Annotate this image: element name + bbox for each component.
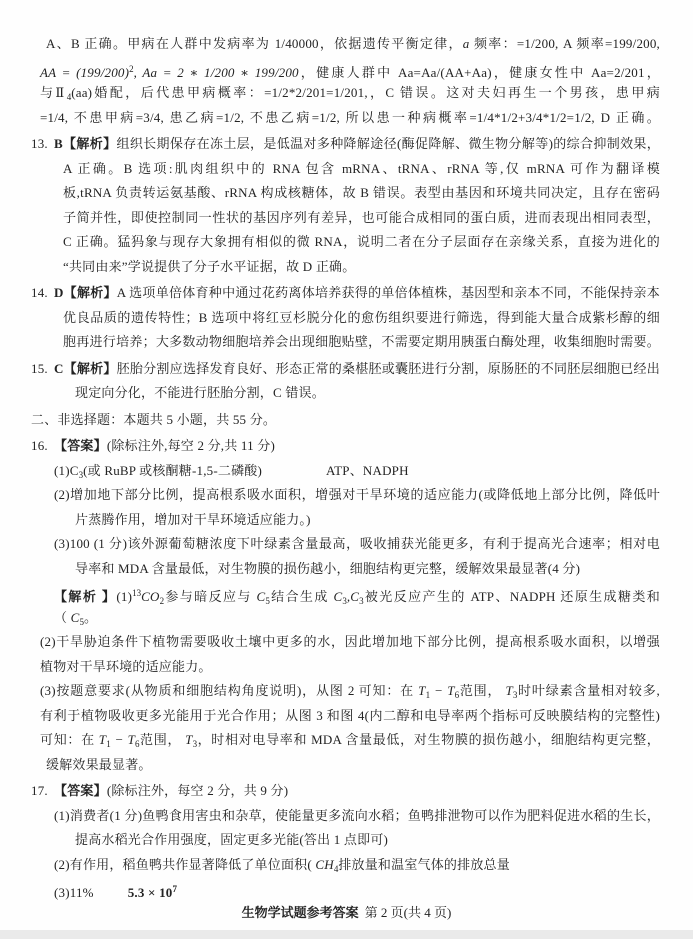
text-run: (2)干旱胁迫条件下植物需要吸收土壤中更多的水，因此增加地下部分比例，提高根系吸… [40, 634, 660, 649]
text-run: , Aa = 2 ∗ 1/200 ∗ 199/200 [134, 65, 299, 80]
item-number: 14. [31, 281, 54, 306]
text-run: (3)11% [54, 885, 94, 900]
text-run: (3)按题意要求(从物质和细胞结构角度说明)，从图 2 可知：在 [40, 683, 418, 698]
answer-line: 片蒸腾作用，增加对干旱环境适应能力。) [0, 508, 660, 533]
text-run: 【解析】 [63, 136, 117, 151]
text-run: (或 RuBP 或核酮糖-1,5-二磷酸) [83, 463, 262, 478]
text-run: T [447, 683, 454, 698]
text-run: 有利于植物吸收更多光能用于光合作用；从图 3 和图 4(内二醇和电导率两个指标可… [40, 708, 660, 723]
answer-line: (3)按题意要求(从物质和细胞结构角度说明)，从图 2 可知：在 T1 − T6… [0, 679, 660, 704]
text-run: 提高水稻光合作用强度，固定更多光能(答出 1 点即可) [75, 832, 388, 847]
answer-line: （ C5。 [0, 606, 660, 631]
answer-line: (1)消费者(1 分)鱼鸭食用害虫和杂草，使能量更多流向水稻；鱼鸭排泄物可以作为… [0, 804, 660, 829]
text-run: （ [54, 610, 71, 625]
text-run: C [333, 589, 342, 604]
answer-content: A、B 正确。甲病在人群中发病率为 1/40000，依据遗传平衡定律，a 频率：… [0, 0, 693, 902]
text-run: ，时相对电导率和 MDA 含量最低，对生物膜的损伤越小，细胞结构更完整， [197, 732, 660, 747]
text-run: A 正确。B 选项:肌肉组织中的 RNA 包含 mRNA、tRNA、rRNA 等… [63, 161, 660, 176]
answer-line: 现定向分化，不能进行胚胎分割，C 错误。 [0, 381, 660, 406]
answer-line: (1)C3(或 RuBP 或核酮糖-1,5-二磷酸)ATP、NADPH [0, 459, 660, 484]
text-run: AA = (199/200) [40, 65, 129, 80]
answer-line: 与Ⅱ4(aa)婚配，后代患甲病概率：=1/2*2/201=1/201,，C 错误… [0, 81, 660, 106]
answer-line: (3)11%5.3 × 107 [0, 877, 660, 902]
text-run: 板,tRNA 负责转运氨基酸、rRNA 构成核糖体，故 B 错误。表型由基因和环… [63, 185, 660, 200]
text-run: ATP、NADPH [326, 463, 409, 478]
text-run: D [54, 285, 64, 300]
text-run: 导率和 MDA 含量最低，对生物膜的损伤越小，细胞结构更完整，缓解效果最显著(4… [75, 561, 580, 576]
text-run: T [505, 683, 512, 698]
text-run: 时叶绿素含量相对较多, [517, 683, 660, 698]
answer-line: A 正确。B 选项:肌肉组织中的 RNA 包含 mRNA、tRNA、rRNA 等… [0, 157, 660, 182]
text-run: (1) [116, 589, 132, 604]
answer-sheet-page: A、B 正确。甲病在人群中发病率为 1/40000，依据遗传平衡定律，a 频率：… [0, 0, 693, 939]
answer-line: =1/4, 不患甲病=3/4, 患乙病=1/2, 不患乙病=1/2, 所以患一种… [0, 106, 660, 131]
text-run: 优良品质的遗传特性；B 选项中将红豆杉脱分化的愈伤组织要进行筛选，得到能大量合成… [63, 310, 660, 325]
text-run: B [54, 136, 63, 151]
text-run: 可知：在 [40, 732, 99, 747]
text-run: 植物对干旱环境的适应能力。 [40, 659, 212, 674]
footer-title: 生物学试题参考答案 [242, 905, 359, 920]
text-run: C 正确。猛犸象与现存大象拥有相似的微 RNA，说明二者在分子层面存在亲缘关系，… [63, 234, 660, 249]
text-run: 胚胎分割应选择发育良好、形态正常的桑椹胚或囊胚进行分割，原肠胚的不同胚层细胞已经… [117, 361, 660, 376]
text-run: (1)C [54, 463, 79, 478]
answer-line: 二、非选择题：本题共 5 小题，共 55 分。 [0, 408, 660, 433]
text-run: 7 [172, 884, 177, 894]
text-run: 【答案】 [54, 783, 107, 798]
text-run: 【答案】 [54, 438, 107, 453]
q17: 17.【答案】(除标注外，每空 2 分，共 9 分)(1)消费者(1 分)鱼鸭食… [0, 779, 660, 902]
text-run: (3)100 (1 分)该外源葡萄糖浓度下叶绿素含量最高，吸收捕获光能更多，有利… [54, 536, 660, 551]
text-run: 范围， [140, 732, 186, 747]
footer-page-number: 第 2 页(共 4 页) [365, 905, 452, 920]
page-bottom-edge [0, 930, 693, 939]
answer-line: A、B 正确。甲病在人群中发病率为 1/40000，依据遗传平衡定律，a 频率：… [0, 32, 660, 57]
q12-continuation: A、B 正确。甲病在人群中发病率为 1/40000，依据遗传平衡定律，a 频率：… [0, 32, 660, 130]
text-run: 片蒸腾作用，增加对干旱环境适应能力。) [75, 512, 311, 527]
answer-line: 导率和 MDA 含量最低，对生物膜的损伤越小，细胞结构更完整，缓解效果最显著(4… [0, 557, 660, 582]
text-run: =1/4, 不患甲病=3/4, 患乙病=1/2, 不患乙病=1/2, 所以患一种… [40, 110, 660, 125]
answer-line: AA = (199/200)2, Aa = 2 ∗ 1/200 ∗ 199/20… [0, 57, 660, 82]
answer-line: 可知：在 T1 − T6范围， T3，时相对电导率和 MDA 含量最低，对生物膜… [0, 728, 660, 753]
text-run: ，健康人群中 Aa=Aa/(AA+Aa)，健康女性中 Aa=2/201， [299, 65, 660, 80]
text-run: C [350, 589, 359, 604]
answer-line: (2)有作用，稻鱼鸭共作显著降低了单位面积( CH4排放量和温室气体的排放总量 [0, 853, 660, 878]
text-run: “共同由来”学说提供了分子水平证据，故 D 正确。 [63, 259, 355, 274]
text-run: 被光反应产生的 ATP、NADPH 还原生成糖类和 [364, 589, 660, 604]
answer-line: 缓解效果最显著。 [0, 753, 660, 778]
text-run: 范围， [459, 683, 505, 698]
q16: 16.【答案】(除标注外,每空 2 分,共 11 分)(1)C3(或 RuBP … [0, 434, 660, 777]
text-run: 结合生成 [270, 589, 334, 604]
q13: 13.B【解析】组织长期保存在冻土层，是低温对多种降解途径(酶促降解、微生物分解… [0, 132, 660, 279]
text-run: − [430, 683, 447, 698]
answer-line: 13.B【解析】组织长期保存在冻土层，是低温对多种降解途径(酶促降解、微生物分解… [0, 132, 660, 157]
text-run: T [128, 732, 135, 747]
text-run: 子简并性，即使控制同一性状的基因序列有差异，也可能合成相同的蛋白质，进而表现出相… [63, 210, 660, 225]
answer-line: 子简并性，即使控制同一性状的基因序列有差异，也可能合成相同的蛋白质，进而表现出相… [0, 206, 660, 231]
text-run: T [185, 732, 192, 747]
text-run: (1)消费者(1 分)鱼鸭食用害虫和杂草，使能量更多流向水稻；鱼鸭排泄物可以作为… [54, 808, 660, 823]
answer-line: 15.C【解析】胚胎分割应选择发育良好、形态正常的桑椹胚或囊胚进行分割，原肠胚的… [0, 357, 660, 382]
item-number: 15. [31, 357, 54, 382]
text-run: 与Ⅱ [40, 85, 67, 100]
text-run: 频率：=1/200, A 频率=199/200, [469, 36, 660, 51]
item-number: 13. [31, 132, 54, 157]
answer-line: (2)干旱胁迫条件下植物需要吸收土壤中更多的水，因此增加地下部分比例，提高根系吸… [0, 630, 660, 655]
answer-line: (2)增加地下部分比例，提高根系吸水面积，增强对干旱环境的适应能力(或降低地上部… [0, 483, 660, 508]
text-run: CO [141, 589, 159, 604]
text-run: A 选项单倍体育种中通过花药离体培养获得的单倍体植株，基因型和亲本不同，不能保持… [117, 285, 660, 300]
answer-line: 14.D【解析】A 选项单倍体育种中通过花药离体培养获得的单倍体植株，基因型和亲… [0, 281, 660, 306]
text-run: 参与暗反应与 [164, 589, 256, 604]
text-run: 5.3 × 10 [128, 885, 173, 900]
text-run: 【解析】 [64, 285, 117, 300]
text-run: 组织长期保存在冻土层，是低温对多种降解途径(酶促降解、微生物分解等)的综合抑制效… [116, 136, 660, 151]
text-run: CH [315, 857, 333, 872]
section-2-header: 二、非选择题：本题共 5 小题，共 55 分。 [0, 408, 660, 433]
text-run: 现定向分化，不能进行胚胎分割，C 错误。 [75, 385, 325, 400]
text-run: A、B 正确。甲病在人群中发病率为 1/40000，依据遗传平衡定律， [46, 36, 463, 51]
text-run: (aa)婚配，后代患甲病概率：=1/2*2/201=1/201,，C 错误。这对… [71, 85, 660, 100]
item-number: 16. [31, 434, 54, 459]
text-run: 【解析】 [64, 361, 117, 376]
text-run: 胞再进行培养；大多数动物细胞培养会出现细胞贴壁，不需要定期用胰蛋白酶处理，收集细… [63, 334, 660, 349]
page-footer: 生物学试题参考答案第 2 页(共 4 页) [0, 903, 693, 923]
text-run: 【解析 】 [54, 589, 116, 604]
text-run: 二、非选择题：本题共 5 小题，共 55 分。 [31, 412, 276, 427]
text-run: C [71, 610, 80, 625]
text-run: 排放量和温室气体的排放总量 [338, 857, 510, 872]
answer-line: 优良品质的遗传特性；B 选项中将红豆杉脱分化的愈伤组织要进行筛选，得到能大量合成… [0, 306, 660, 331]
answer-line: 植物对干旱环境的适应能力。 [0, 655, 660, 680]
answer-line: 有利于植物吸收更多光能用于光合作用；从图 3 和图 4(内二醇和电导率两个指标可… [0, 704, 660, 729]
answer-line: (3)100 (1 分)该外源葡萄糖浓度下叶绿素含量最高，吸收捕获光能更多，有利… [0, 532, 660, 557]
answer-line: 胞再进行培养；大多数动物细胞培养会出现细胞贴壁，不需要定期用胰蛋白酶处理，收集细… [0, 330, 660, 355]
text-run: 13 [132, 588, 141, 598]
answer-line: 16.【答案】(除标注外,每空 2 分,共 11 分) [0, 434, 660, 459]
text-run: T [418, 683, 425, 698]
text-run: 。 [84, 610, 97, 625]
text-run: C [54, 361, 64, 376]
text-run: 缓解效果最显著。 [46, 757, 152, 772]
item-number: 17. [31, 779, 54, 804]
answer-line: 板,tRNA 负责转运氨基酸、rRNA 构成核糖体，故 B 错误。表型由基因和环… [0, 181, 660, 206]
q15: 15.C【解析】胚胎分割应选择发育良好、形态正常的桑椹胚或囊胚进行分割，原肠胚的… [0, 357, 660, 406]
q14: 14.D【解析】A 选项单倍体育种中通过花药离体培养获得的单倍体植株，基因型和亲… [0, 281, 660, 355]
text-run: (2)增加地下部分比例，提高根系吸水面积，增强对干旱环境的适应能力(或降低地上部… [54, 487, 660, 502]
answer-line: 17.【答案】(除标注外，每空 2 分，共 9 分) [0, 779, 660, 804]
answer-line: C 正确。猛犸象与现存大象拥有相似的微 RNA，说明二者在分子层面存在亲缘关系，… [0, 230, 660, 255]
text-run: (除标注外，每空 2 分，共 9 分) [107, 783, 288, 798]
text-run: (2)有作用，稻鱼鸭共作显著降低了单位面积( [54, 857, 315, 872]
answer-line: 提高水稻光合作用强度，固定更多光能(答出 1 点即可) [0, 828, 660, 853]
answer-line: “共同由来”学说提供了分子水平证据，故 D 正确。 [0, 255, 660, 280]
answer-line: 【解析 】(1)13CO2参与暗反应与 C5结合生成 C3,C3被光反应产生的 … [0, 581, 660, 606]
text-run: − [111, 732, 128, 747]
text-run: (除标注外,每空 2 分,共 11 分) [107, 438, 275, 453]
